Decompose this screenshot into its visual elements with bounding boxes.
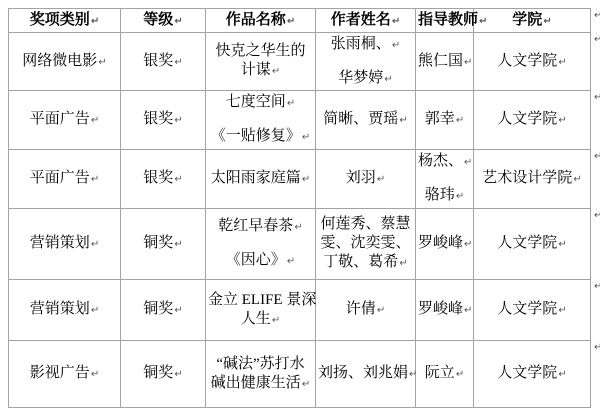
cell-award-category: 平面广告↵ [9,150,121,209]
cell-college-name: 人文学院↵ [474,209,591,280]
cell-author-names: 刘扬、刘兆娟↵ [316,341,416,408]
paragraph: 七度空间↵ [208,93,313,113]
cell-award-level: 银奖↵ [121,91,206,150]
document-page: 奖项类别↵ 等级↵ 作品名称↵ 作者姓名↵ 指导教师↵ 学院↵ 网络微电影↵银奖… [0,0,600,418]
column-header-college: 学院↵ [474,9,591,33]
end-of-row-mark-icon: ↵ [594,11,600,21]
cell-college-name: 人文学院↵ [474,33,591,91]
paragraph-mark-icon: ↵ [91,239,99,250]
paragraph: 郭幸↵ [418,110,471,130]
paragraph: 影视广告↵ [11,364,118,384]
paragraph-mark-icon: ↵ [174,305,182,316]
cell-award-level: 银奖↵ [121,33,206,91]
paragraph: 简晰、贾瑶↵ [318,110,413,130]
paragraph-mark-icon: ↵ [174,57,182,68]
cell-award-category: 营销策划↵ [9,209,121,280]
cell-college-name: 人文学院↵ [474,280,591,341]
column-header-label: 指导教师 [418,12,478,28]
paragraph-mark-icon: ↵ [399,258,407,269]
paragraph: 银奖↵ [123,110,203,130]
paragraph-mark-icon: ↵ [272,315,280,326]
paragraph: 刘扬、刘兆娟↵ [318,364,413,384]
paragraph-mark-icon: ↵ [287,256,295,267]
cell-work-title: 金立 ELIFE 景深人生↵ [206,280,316,341]
paragraph-mark-icon: ↵ [392,40,400,51]
cell-author-names: 许倩↵ [316,280,416,341]
cell-advisor-name: 阮立↵ [416,341,474,408]
column-header-work: 作品名称↵ [206,9,316,33]
paragraph-mark-icon: ↵ [573,174,581,185]
paragraph: 艺术设计学院↵ [476,169,588,189]
cell-work-title: “碱法”苏打水碱出健康生活↵ [206,341,316,408]
paragraph: 罗峻峰↵ [418,234,471,254]
column-header-label: 学院 [512,12,542,28]
cell-award-level: 银奖↵ [121,150,206,209]
paragraph: 快克之华生的计谋↵ [208,42,313,81]
cell-advisor-name: 杨杰、↵骆玮↵ [416,150,474,209]
cell-college-name: 人文学院↵ [474,91,591,150]
table-row: 影视广告↵铜奖↵“碱法”苏打水碱出健康生活↵刘扬、刘兆娟↵阮立↵人文学院↵ [9,341,591,408]
paragraph: 何莲秀、蔡慧雯、沈奕雯、丁敬、葛希↵ [318,215,413,273]
paragraph: 人文学院↵ [476,110,588,130]
paragraph: 平面广告↵ [11,169,118,189]
paragraph: 太阳雨家庭篇↵ [208,169,313,189]
paragraph-mark-icon: ↵ [377,174,385,185]
cell-author-names: 张雨桐、↵华梦婷↵ [316,33,416,91]
paragraph: 刘羽↵ [318,169,413,189]
paragraph-mark-icon: ↵ [464,239,472,250]
cell-advisor-name: 罗峻峰↵ [416,209,474,280]
paragraph-mark-icon: ↵ [174,115,182,126]
paragraph: 人文学院↵ [476,364,588,384]
cell-award-level: 铜奖↵ [121,341,206,408]
paragraph-mark-icon: ↵ [302,379,310,390]
paragraph-mark-icon: ↵ [174,239,182,250]
table-row: 营销策划↵铜奖↵金立 ELIFE 景深人生↵许倩↵罗峻峰↵人文学院↵ [9,280,591,341]
paragraph-mark-icon: ↵ [399,115,407,126]
paragraph-mark-icon: ↵ [287,98,295,109]
paragraph: 网络微电影↵ [11,52,118,72]
paragraph-mark-icon: ↵ [174,16,182,27]
paragraph-mark-icon: ↵ [558,305,566,316]
paragraph: 罗峻峰↵ [418,300,471,320]
cell-award-level: 铜奖↵ [121,280,206,341]
paragraph-mark-icon: ↵ [479,16,487,27]
paragraph-mark-icon: ↵ [558,57,566,68]
paragraph-mark-icon: ↵ [287,16,295,27]
paragraph-mark-icon: ↵ [409,369,417,380]
paragraph: 人文学院↵ [476,300,588,320]
paragraph-mark-icon: ↵ [91,174,99,185]
end-of-row-mark-icon: ↵ [594,152,600,162]
column-header-label: 作者姓名 [331,12,391,28]
paragraph: 营销策划↵ [11,300,118,320]
cell-award-category: 网络微电影↵ [9,33,121,91]
paragraph-mark-icon: ↵ [543,16,551,27]
cell-author-names: 简晰、贾瑶↵ [316,91,416,150]
cell-college-name: 人文学院↵ [474,341,591,408]
paragraph: 人文学院↵ [476,52,588,72]
cell-award-category: 平面广告↵ [9,91,121,150]
cell-award-category: 影视广告↵ [9,341,121,408]
cell-college-name: 艺术设计学院↵ [474,150,591,209]
paragraph-mark-icon: ↵ [91,16,99,27]
column-header-label: 作品名称 [226,12,286,28]
paragraph-mark-icon: ↵ [174,174,182,185]
paragraph-mark-icon: ↵ [272,66,280,77]
paragraph-mark-icon: ↵ [294,222,302,233]
paragraph: 铜奖↵ [123,364,203,384]
end-of-row-mark-icon: ↵ [594,93,600,103]
paragraph: 银奖↵ [123,52,203,72]
paragraph-mark-icon: ↵ [98,57,106,68]
end-of-row-mark-icon: ↵ [594,282,600,292]
paragraph-mark-icon: ↵ [558,369,566,380]
paragraph-mark-icon: ↵ [91,115,99,126]
paragraph: 铜奖↵ [123,234,203,254]
table-row: 营销策划↵铜奖↵乾红早春茶↵《因心》↵何莲秀、蔡慧雯、沈奕雯、丁敬、葛希↵罗峻峰… [9,209,591,280]
end-of-row-mark-icon: ↵ [594,343,600,353]
paragraph: 乾红早春茶↵ [208,217,313,237]
cell-work-title: 乾红早春茶↵《因心》↵ [206,209,316,280]
paragraph: 杨杰、↵ [418,152,471,172]
paragraph-mark-icon: ↵ [456,115,464,126]
paragraph: 人文学院↵ [476,234,588,254]
cell-work-title: 太阳雨家庭篇↵ [206,150,316,209]
paragraph-mark-icon: ↵ [174,369,182,380]
paragraph-mark-icon: ↵ [464,157,472,168]
paragraph: 铜奖↵ [123,300,203,320]
column-header-advisor: 指导教师↵ [416,9,474,33]
paragraph-mark-icon: ↵ [464,57,472,68]
paragraph: 银奖↵ [123,169,203,189]
paragraph-mark-icon: ↵ [392,16,400,27]
paragraph: 张雨桐、↵ [318,35,413,55]
end-of-row-mark-icon: ↵ [594,211,600,221]
paragraph-mark-icon: ↵ [464,305,472,316]
paragraph: 金立 ELIFE 景深人生↵ [208,291,313,330]
paragraph: 熊仁国↵ [418,52,471,72]
paragraph-mark-icon: ↵ [377,305,385,316]
paragraph-mark-icon: ↵ [91,369,99,380]
cell-author-names: 刘羽↵ [316,150,416,209]
cell-advisor-name: 郭幸↵ [416,91,474,150]
cell-advisor-name: 罗峻峰↵ [416,280,474,341]
cell-award-category: 营销策划↵ [9,280,121,341]
paragraph-mark-icon: ↵ [558,239,566,250]
column-header-label: 等级 [143,12,173,28]
cell-advisor-name: 熊仁国↵ [416,33,474,91]
paragraph-mark-icon: ↵ [91,305,99,316]
paragraph: 营销策划↵ [11,234,118,254]
awards-table: 奖项类别↵ 等级↵ 作品名称↵ 作者姓名↵ 指导教师↵ 学院↵ 网络微电影↵银奖… [8,8,591,408]
cell-work-title: 七度空间↵《一贴修复》↵ [206,91,316,150]
header-row: 奖项类别↵ 等级↵ 作品名称↵ 作者姓名↵ 指导教师↵ 学院↵ [9,9,591,33]
column-header-label: 奖项类别 [30,12,90,28]
cell-work-title: 快克之华生的计谋↵ [206,33,316,91]
column-header-level: 等级↵ [121,9,206,33]
paragraph: 骆玮↵ [418,186,471,206]
column-header-category: 奖项类别↵ [9,9,121,33]
paragraph: “碱法”苏打水碱出健康生活↵ [208,355,313,394]
cell-author-names: 何莲秀、蔡慧雯、沈奕雯、丁敬、葛希↵ [316,209,416,280]
paragraph: 《一贴修复》↵ [208,127,313,147]
paragraph-mark-icon: ↵ [302,132,310,143]
end-of-row-mark-icon: ↵ [594,35,600,45]
paragraph-mark-icon: ↵ [302,174,310,185]
paragraph: 平面广告↵ [11,110,118,130]
paragraph-mark-icon: ↵ [384,74,392,85]
table-row: 平面广告↵银奖↵太阳雨家庭篇↵刘羽↵杨杰、↵骆玮↵艺术设计学院↵ [9,150,591,209]
paragraph: 阮立↵ [418,364,471,384]
paragraph: 华梦婷↵ [318,69,413,89]
cell-award-level: 铜奖↵ [121,209,206,280]
paragraph-mark-icon: ↵ [456,369,464,380]
paragraph-mark-icon: ↵ [558,115,566,126]
paragraph: 许倩↵ [318,300,413,320]
column-header-authors: 作者姓名↵ [316,9,416,33]
paragraph: 《因心》↵ [208,251,313,271]
table-row: 平面广告↵银奖↵七度空间↵《一贴修复》↵简晰、贾瑶↵郭幸↵人文学院↵ [9,91,591,150]
table-row: 网络微电影↵银奖↵快克之华生的计谋↵张雨桐、↵华梦婷↵熊仁国↵人文学院↵ [9,33,591,91]
paragraph-mark-icon: ↵ [456,191,464,202]
